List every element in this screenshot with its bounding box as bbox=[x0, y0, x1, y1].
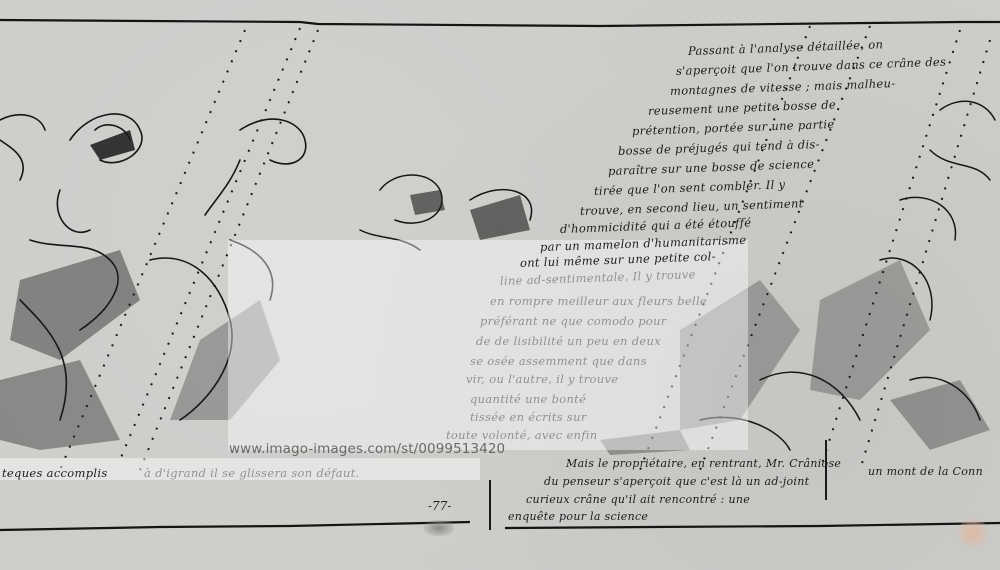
handwritten-line-faint: vir, ou l'autre, il y trouve bbox=[466, 372, 618, 386]
caption-far-right: un mont de la Conn bbox=[868, 465, 983, 478]
handwritten-line-faint: quantité une bonté bbox=[470, 392, 586, 406]
caption-left: teques accomplis bbox=[2, 466, 108, 480]
page-number: -77- bbox=[428, 499, 451, 513]
handwritten-line-faint: toute volonté, avec enfin bbox=[446, 428, 598, 442]
caption-bottom-right: du penseur s'aperçoit que c'est là un ad… bbox=[544, 475, 809, 488]
caption-bottom-right: curieux crâne qu'il ait rencontré : une bbox=[526, 493, 750, 506]
caption-bottom-right: enquête pour la science bbox=[508, 510, 648, 523]
caption-left-continued: à d'igrand il se glissera son défaut. bbox=[144, 466, 360, 480]
handwritten-line-faint: en rompre meilleur aux fleurs belle bbox=[490, 294, 707, 308]
handwritten-line-faint: tissée en écrits sur bbox=[470, 410, 587, 424]
watermark-text: www.imago-images.com/st/0099513420 bbox=[229, 441, 505, 457]
handwritten-line-faint: de de lisibilité un peu en deux bbox=[476, 334, 661, 348]
hatching-middle bbox=[410, 190, 530, 240]
artwork-sheet: Passant à l'analyse détaillée, on s'aper… bbox=[0, 0, 1000, 570]
handwritten-line-faint: préférant ne que comodo pour bbox=[480, 314, 667, 328]
caption-bottom-right: Mais le propriétaire, en rentrant, Mr. C… bbox=[566, 457, 841, 470]
handwritten-line-faint: se osée assemment que dans bbox=[470, 354, 647, 368]
signature-mark bbox=[424, 520, 454, 536]
paper-stain bbox=[958, 518, 988, 548]
